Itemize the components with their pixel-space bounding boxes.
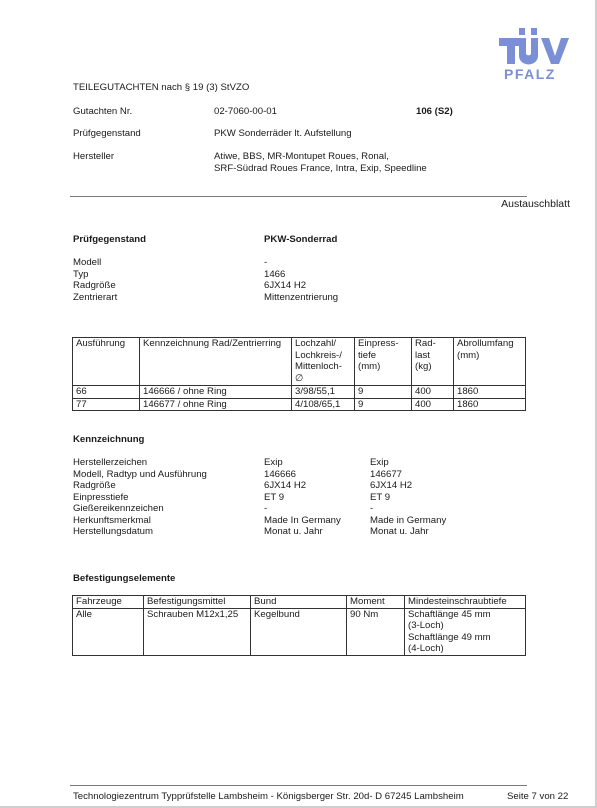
field-label: Radgröße (73, 280, 117, 292)
field-value: 6JX14 H2 (370, 480, 446, 492)
field-label: Herkunftsmerkmal (73, 515, 207, 527)
field-value: Made In Germany (264, 515, 341, 527)
field-value: - (264, 503, 341, 515)
header-cell: Moment (347, 596, 405, 609)
field-value: 146666 (264, 469, 341, 481)
cell: Alle (73, 608, 144, 655)
field-label: Typ (73, 269, 117, 281)
tuv-pfalz-logo: PFALZ (497, 26, 577, 82)
header-cell: Kennzeichnung Rad/Zentrierring (140, 338, 292, 386)
field-label: Gießereikennzeichen (73, 503, 207, 515)
exchange-sheet-label: Austauschblatt (501, 199, 570, 211)
marking-col-1: Exip 146666 6JX14 H2 ET 9 - Made In Germ… (264, 457, 341, 538)
cell: 1860 (454, 398, 526, 411)
field-value: 6JX14 H2 (264, 280, 338, 292)
table-header-row: Ausführung Kennzeichnung Rad/Zentrierrin… (73, 338, 526, 386)
header-cell: Rad-last(kg) (412, 338, 454, 386)
hersteller-line: Atiwe, BBS, MR-Montupet Roues, Ronal, (214, 151, 427, 163)
table-header-row: Fahrzeuge Befestigungsmittel Bund Moment… (73, 596, 526, 609)
field-value: ET 9 (264, 492, 341, 504)
logo-region-text: PFALZ (504, 66, 556, 82)
field-value: Exip (370, 457, 446, 469)
header-cell: Lochzahl/Lochkreis-/ Mittenloch-∅ (292, 338, 355, 386)
field-value: 146677 (370, 469, 446, 481)
subject-values: - 1466 6JX14 H2 Mittenzentrierung (264, 257, 338, 303)
header-cell: Einpress-tiefe(mm) (355, 338, 412, 386)
subject-heading-value: PKW-Sonderrad (264, 234, 337, 246)
table-row: 66 146666 / ohne Ring 3/98/55,1 9 400 18… (73, 386, 526, 399)
header-cell: Ausführung (73, 338, 140, 386)
field-label: Modell (73, 257, 117, 269)
header-cell: Bund (251, 596, 347, 609)
hersteller-label: Hersteller (73, 151, 114, 163)
cell: 66 (73, 386, 140, 399)
footer-address: Technologiezentrum Typprüfstelle Lambshe… (73, 791, 464, 803)
field-label: Radgröße (73, 480, 207, 492)
cell: 4/108/65,1 (292, 398, 355, 411)
cell: 1860 (454, 386, 526, 399)
hersteller-value: Atiwe, BBS, MR-Montupet Roues, Ronal, SR… (214, 151, 427, 174)
cell: 9 (355, 386, 412, 399)
gutachten-nr-value: 02-7060-00-01 (214, 106, 277, 118)
cell: 77 (73, 398, 140, 411)
field-value: - (264, 257, 338, 269)
field-value: Monat u. Jahr (370, 526, 446, 538)
variants-table: Ausführung Kennzeichnung Rad/Zentrierrin… (72, 337, 526, 411)
cell: 146666 / ohne Ring (140, 386, 292, 399)
cell: 90 Nm (347, 608, 405, 655)
cell: 400 (412, 386, 454, 399)
cell: 400 (412, 398, 454, 411)
header-divider (70, 196, 527, 197)
subject-labels: Modell Typ Radgröße Zentrierart (73, 257, 117, 303)
field-value: Exip (264, 457, 341, 469)
gutachten-nr-label: Gutachten Nr. (73, 106, 132, 118)
field-label: Herstellungsdatum (73, 526, 207, 538)
cell: Schaftlänge 45 mm (3-Loch) Schaftlänge 4… (405, 608, 526, 655)
field-value: Mittenzentrierung (264, 292, 338, 304)
cell: 3/98/55,1 (292, 386, 355, 399)
field-label: Modell, Radtyp und Ausführung (73, 469, 207, 481)
pruefgegenstand-value: PKW Sonderräder lt. Aufstellung (214, 128, 352, 140)
marking-heading: Kennzeichnung (73, 434, 144, 446)
cell: Kegelbund (251, 608, 347, 655)
field-value: Made in Germany (370, 515, 446, 527)
cell: 146677 / ohne Ring (140, 398, 292, 411)
hersteller-line: SRF-Südrad Roues France, Intra, Exip, Sp… (214, 163, 427, 175)
field-value: - (370, 503, 446, 515)
header-cell: Mindesteinschraubtiefe (405, 596, 526, 609)
marking-labels: Herstellerzeichen Modell, Radtyp und Aus… (73, 457, 207, 538)
field-value: ET 9 (370, 492, 446, 504)
document-title: TEILEGUTACHTEN nach § 19 (3) StVZO (73, 82, 249, 94)
tuv-logo-icon (497, 26, 577, 66)
field-value: 1466 (264, 269, 338, 281)
pruefgegenstand-label: Prüfgegenstand (73, 128, 141, 140)
page-number: Seite 7 von 22 (507, 791, 568, 803)
cell: Schrauben M12x1,25 (144, 608, 251, 655)
header-cell: Befestigungsmittel (144, 596, 251, 609)
field-value: 6JX14 H2 (264, 480, 341, 492)
header-cell: Abrollumfang(mm) (454, 338, 526, 386)
header-cell: Fahrzeuge (73, 596, 144, 609)
footer-divider (70, 785, 527, 786)
gutachten-number-suffix: 106 (S2) (416, 106, 453, 118)
table-row: 77 146677 / ohne Ring 4/108/65,1 9 400 1… (73, 398, 526, 411)
fasteners-table: Fahrzeuge Befestigungsmittel Bund Moment… (72, 595, 526, 656)
field-label: Herstellerzeichen (73, 457, 207, 469)
field-value: Monat u. Jahr (264, 526, 341, 538)
field-label: Einpresstiefe (73, 492, 207, 504)
field-label: Zentrierart (73, 292, 117, 304)
subject-heading-label: Prüfgegenstand (73, 234, 146, 246)
cell: 9 (355, 398, 412, 411)
marking-col-2: Exip 146677 6JX14 H2 ET 9 - Made in Germ… (370, 457, 446, 538)
table-row: Alle Schrauben M12x1,25 Kegelbund 90 Nm … (73, 608, 526, 655)
fasteners-heading: Befestigungselemente (73, 573, 175, 585)
